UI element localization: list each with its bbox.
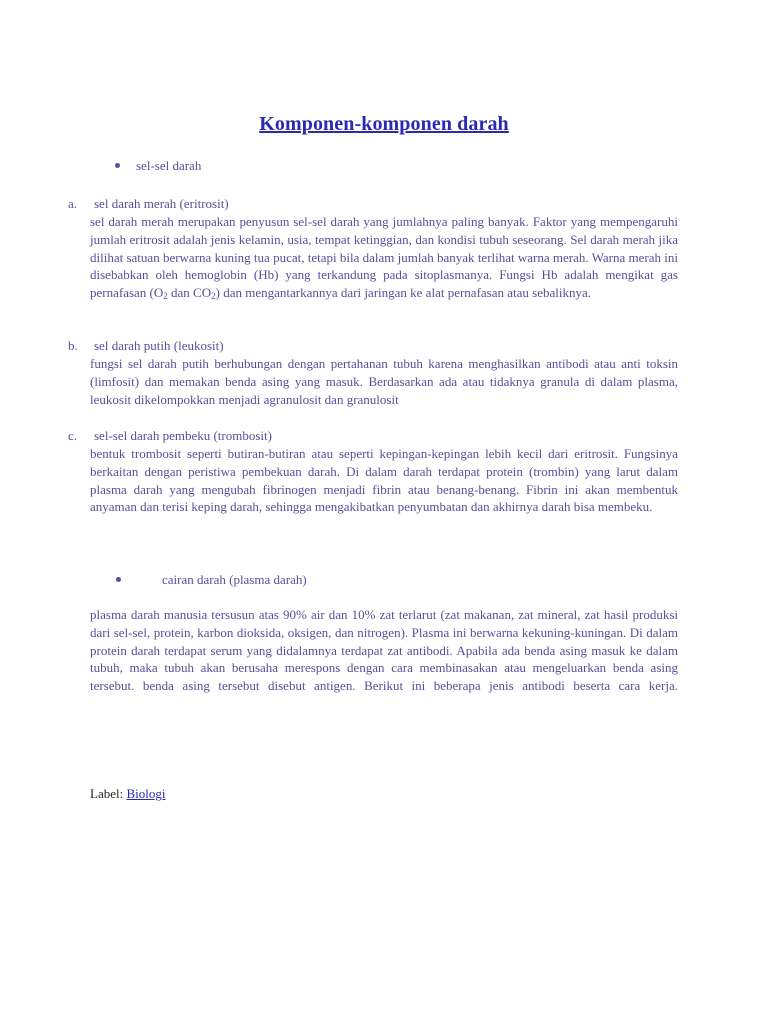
item-heading-leukosit: sel darah putih (leukosit) [94, 337, 224, 355]
item-marker-b: b. [68, 337, 78, 355]
eritrosit-text-3: ) dan mengantarkannya dari jaringan ke a… [216, 285, 591, 300]
item-body-trombosit: bentuk trombosit seperti butiran-butiran… [90, 445, 678, 516]
item-heading-eritrosit: sel darah merah (eritrosit) [94, 195, 229, 213]
page-title: Komponen-komponen darah [0, 113, 768, 136]
label-link-biologi[interactable]: Biologi [126, 786, 165, 801]
section-bullet-sel-sel-darah: sel-sel darah [136, 157, 201, 175]
section-bullet-cairan-darah: cairan darah (plasma darah) [162, 571, 307, 589]
label-prefix: Label: [90, 786, 123, 801]
item-heading-trombosit: sel-sel darah pembeku (trombosit) [94, 427, 272, 445]
bullet-dot-icon [115, 163, 120, 168]
plasma-body: plasma darah manusia tersusun atas 90% a… [90, 606, 678, 695]
document-page: Komponen-komponen darah sel-sel darah a.… [0, 0, 768, 1024]
bullet-dot-icon [116, 577, 121, 582]
item-body-leukosit: fungsi sel darah putih berhubungan denga… [90, 355, 678, 408]
item-marker-a: a. [68, 195, 77, 213]
post-label: Label: Biologi [90, 785, 165, 803]
item-marker-c: c. [68, 427, 77, 445]
item-body-eritrosit: sel darah merah merupakan penyusun sel-s… [90, 213, 678, 306]
eritrosit-text-2: dan CO [168, 285, 211, 300]
